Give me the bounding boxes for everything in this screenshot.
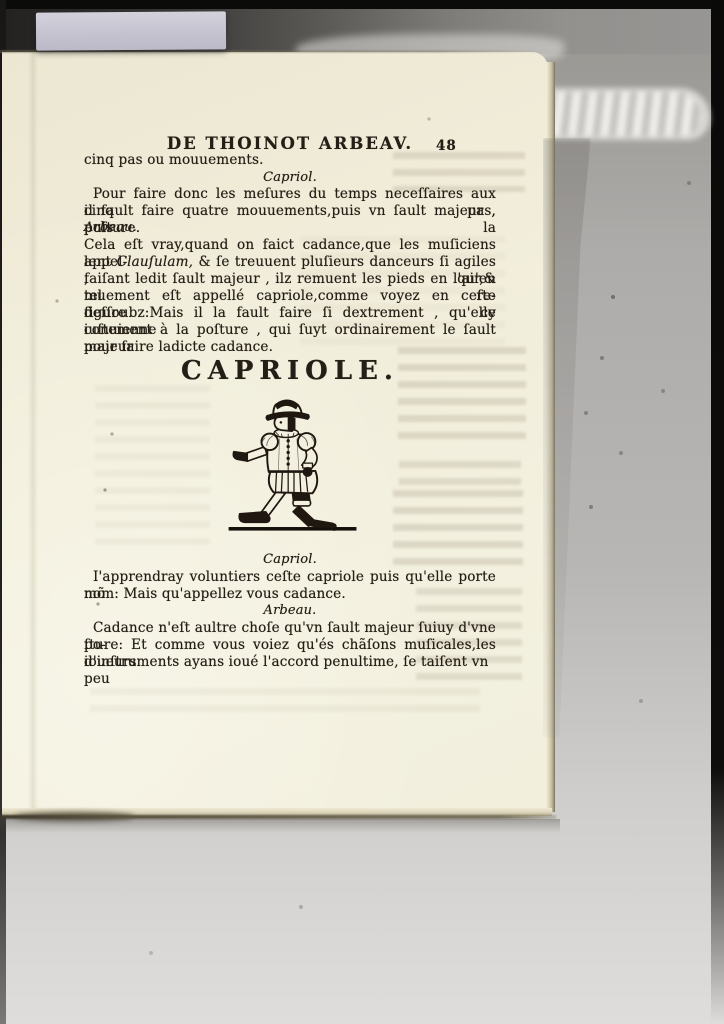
scan-edge-right — [711, 0, 724, 1024]
bleedthrough-text — [90, 688, 480, 714]
speaker-heading-capriol: Capriol. — [84, 552, 496, 567]
page-gutter-crease — [28, 52, 38, 810]
latin-term: Clauſulam, — [117, 254, 194, 270]
body-line-text: lent — [84, 254, 117, 270]
body-line: pour faire ladicte cadance. — [84, 339, 496, 356]
speaker-heading-capriol: Capriol. — [84, 170, 496, 185]
ground-line — [229, 527, 356, 530]
body-line: cinq pas ou mouuements. — [84, 152, 496, 169]
glassine-sheet-edge — [543, 138, 591, 738]
bleedthrough-text — [399, 461, 521, 487]
capriole-woodcut — [226, 397, 362, 541]
running-title: DE THOINOT ARBEAV. — [167, 134, 413, 153]
page-top-edge — [0, 50, 548, 53]
page-drop-shadow — [0, 819, 560, 833]
body-line: nom: Mais qu'appellez vous cadance. — [84, 586, 496, 603]
speaker-heading-arbeau: Arbeau. — [84, 603, 496, 618]
dust-specks-page — [0, 0, 2, 2]
section-title: CAPRIOLE. — [84, 355, 496, 387]
scan-edge-top — [0, 0, 724, 9]
tape-strip — [36, 11, 226, 50]
page-header: DE THOINOT ARBEAV. 48 — [84, 134, 496, 153]
bleedthrough-text — [95, 385, 210, 545]
body-line: poſture. Arbeau. — [84, 220, 496, 237]
body-line: d'inſtruments ayans ioué l'accord penult… — [84, 654, 496, 688]
scan-canvas: DE THOINOT ARBEAV. 48 cinq pas ou mouuem… — [0, 0, 724, 1024]
speaker-heading-arbeau: Arbeau. — [84, 220, 496, 235]
